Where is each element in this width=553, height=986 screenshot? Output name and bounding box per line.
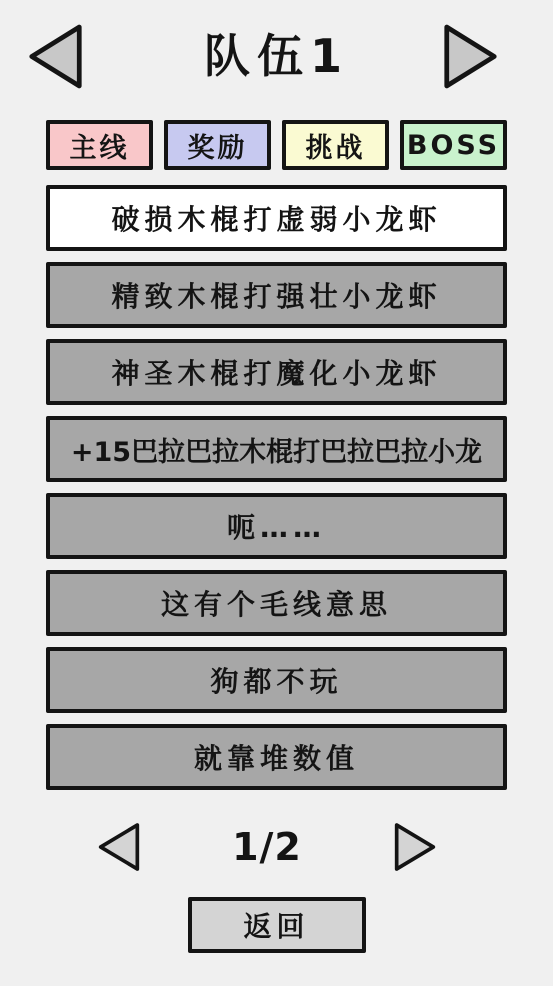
triangle-left-icon bbox=[27, 23, 84, 90]
level-list: 破损木棍打虚弱小龙虾 精致木棍打强壮小龙虾 神圣木棍打魔化小龙虾 +15巴拉巴拉… bbox=[46, 185, 507, 790]
level-button-8[interactable]: 就靠堆数值 bbox=[46, 724, 507, 790]
page-indicator: 1/2 bbox=[232, 825, 302, 869]
team-screen: 队伍1 主线 奖励 挑战 BOSS 破损木棍打虚弱小龙虾 精致木棍打强壮小龙虾 … bbox=[0, 0, 553, 986]
tab-challenge[interactable]: 挑战 bbox=[282, 120, 389, 170]
pagination: 1/2 bbox=[0, 821, 553, 873]
back-row: 返回 bbox=[0, 897, 553, 953]
level-button-2[interactable]: 精致木棍打强壮小龙虾 bbox=[46, 262, 507, 328]
header: 队伍1 bbox=[0, 0, 553, 90]
next-page-button[interactable] bbox=[393, 821, 437, 873]
level-button-4[interactable]: +15巴拉巴拉木棍打巴拉巴拉小龙 bbox=[46, 416, 507, 482]
level-button-7[interactable]: 狗都不玩 bbox=[46, 647, 507, 713]
triangle-right-icon bbox=[393, 821, 437, 873]
tab-boss[interactable]: BOSS bbox=[400, 120, 507, 170]
triangle-right-icon bbox=[442, 23, 499, 90]
triangle-left-icon bbox=[97, 821, 141, 873]
tab-rewards[interactable]: 奖励 bbox=[164, 120, 271, 170]
level-button-6[interactable]: 这有个毛线意思 bbox=[46, 570, 507, 636]
level-button-3[interactable]: 神圣木棍打魔化小龙虾 bbox=[46, 339, 507, 405]
prev-team-button[interactable] bbox=[27, 23, 84, 90]
tab-mainline[interactable]: 主线 bbox=[46, 120, 153, 170]
level-button-1[interactable]: 破损木棍打虚弱小龙虾 bbox=[46, 185, 507, 251]
next-team-button[interactable] bbox=[442, 23, 499, 90]
prev-page-button[interactable] bbox=[97, 821, 141, 873]
back-button[interactable]: 返回 bbox=[188, 897, 366, 953]
level-button-5[interactable]: 呃…… bbox=[46, 493, 507, 559]
category-tabs: 主线 奖励 挑战 BOSS bbox=[0, 120, 553, 170]
